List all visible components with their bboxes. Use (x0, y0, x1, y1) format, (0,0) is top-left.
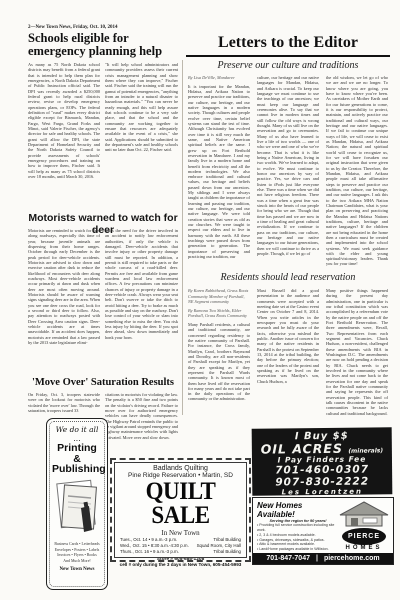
oil-ad-line2: OIL ACRES (minerals) (252, 441, 392, 456)
article-schools-col1: As many as 75 North Dakota school distri… (28, 62, 100, 208)
printing-products-illustration (53, 478, 101, 536)
printing-ad-tagline: We do it all ... (52, 425, 102, 443)
quilt-row3-time: Thurs., Oct. 16 • 9 a.m.-3 p.m. (120, 549, 179, 555)
pierce-bullet-1: Providing full service construction incl… (257, 523, 339, 533)
quilt-sale-ad: Badlands Quilting Pine Ridge Reservation… (110, 458, 251, 562)
pierce-bar-divider: | (316, 555, 318, 562)
letter1-col1-text: It is important for the Mandan, Hidatsa,… (188, 84, 250, 260)
letter1-title: Preserve our culture and traditions (186, 60, 390, 71)
letter1-byline: By Lisa DeVille, Mandaree (188, 75, 250, 81)
printing-ad-service-4: And Much More! (52, 559, 102, 565)
letter2-byline1: By Karen Rabbithead, Grass Roots Communi… (188, 288, 250, 305)
pierce-contact-bar: 701-847-7047 | piercehome.com (253, 553, 393, 564)
article-headline-move-over: 'Move Over' Saturation Results (22, 377, 184, 388)
quilt-row3-place: Tribal Building (213, 549, 241, 555)
pierce-logo: PIERCE (342, 528, 386, 545)
printing-ad-bottom: New Town News (52, 567, 102, 572)
letter2-title: Residents should lead reservation (186, 272, 390, 283)
article-deer-col2: nates the need for the driver involved i… (105, 228, 178, 374)
article-headline-schools: Schools eligible for emergency planning … (28, 32, 178, 58)
oil-acres-ad: I Buy $$ OIL ACRES (minerals) I Pay Find… (252, 427, 393, 495)
pierce-bullet-5: Land/Home packages available in Willisto… (257, 547, 339, 552)
pierce-phone: 701-847-7047 (266, 555, 310, 562)
printing-ad-title-line1: Printing & (52, 443, 102, 464)
printing-ad: We do it all ... Printing & Publishing B… (46, 418, 108, 590)
page-folio: 2—New Town News, Friday, Oct. 10, 2014 (28, 25, 117, 30)
letter1-col2: culture, our heritage and our native lan… (257, 75, 319, 271)
newspaper-page: 2—New Town News, Friday, Oct. 10, 2014 S… (0, 0, 400, 600)
letter2-col3: Many positive things happened during the… (326, 288, 388, 422)
article-schools-col2: "It will help school administrators and … (105, 62, 178, 208)
quilt-ad-cell-note: cell # only during the 3 days in New Tow… (112, 562, 249, 567)
letter2-byline2: By Ramona Two Shields, Elder Parshall, G… (188, 308, 250, 319)
printing-ad-service-1: Business Cards • Letterheads (52, 542, 102, 548)
letters-title-rule (186, 55, 390, 57)
letter2-col1-text: Many Parshall residents, a cultural and … (188, 322, 250, 402)
letter1-col1: By Lisa DeVille, Mandaree It is importan… (188, 75, 250, 271)
letter2-col1: By Karen Rabbithead, Grass Roots Communi… (188, 288, 250, 454)
letter2-col2: Maxi Russell did a good presentation to … (257, 288, 319, 422)
pierce-homes-ad: New Homes Available! Serving the region … (252, 497, 394, 565)
letter1-col3: the old wisdom, we let go of who we are … (326, 75, 388, 271)
quilt-schedule-row: Thurs., Oct. 16 • 9 a.m.-3 p.m. Tribal B… (112, 549, 249, 555)
article-move-over-col2: citations to motorists for violating the… (105, 392, 178, 450)
quilt-ad-title: QUILT SALE (117, 480, 243, 528)
oil-ad-line2-note: (minerals) (348, 447, 383, 454)
pierce-ad-headline: New Homes Available! (257, 501, 339, 519)
quilt-ad-shop-name: Badlands Quilting (112, 465, 249, 472)
house-illustration (339, 501, 389, 527)
letters-section-title: Letters to the Editor (186, 34, 390, 52)
printing-ad-inner: We do it all ... Printing & Publishing B… (49, 421, 105, 587)
article-move-over-col1: On Friday, Oct. 3, troopers statewide we… (28, 392, 100, 416)
pierce-logo-block: PIERCE HOMES (342, 528, 386, 551)
article-deer-col1: Motorists are reminded to watch for deer… (28, 228, 100, 374)
column-divider (182, 60, 183, 415)
printing-ad-title-line2: Publishing (52, 464, 102, 475)
quilt-ad-subtitle: In New Town (112, 529, 249, 537)
pierce-logo-sub: HOMES (342, 545, 386, 551)
pierce-website: piercehome.com (324, 555, 380, 562)
